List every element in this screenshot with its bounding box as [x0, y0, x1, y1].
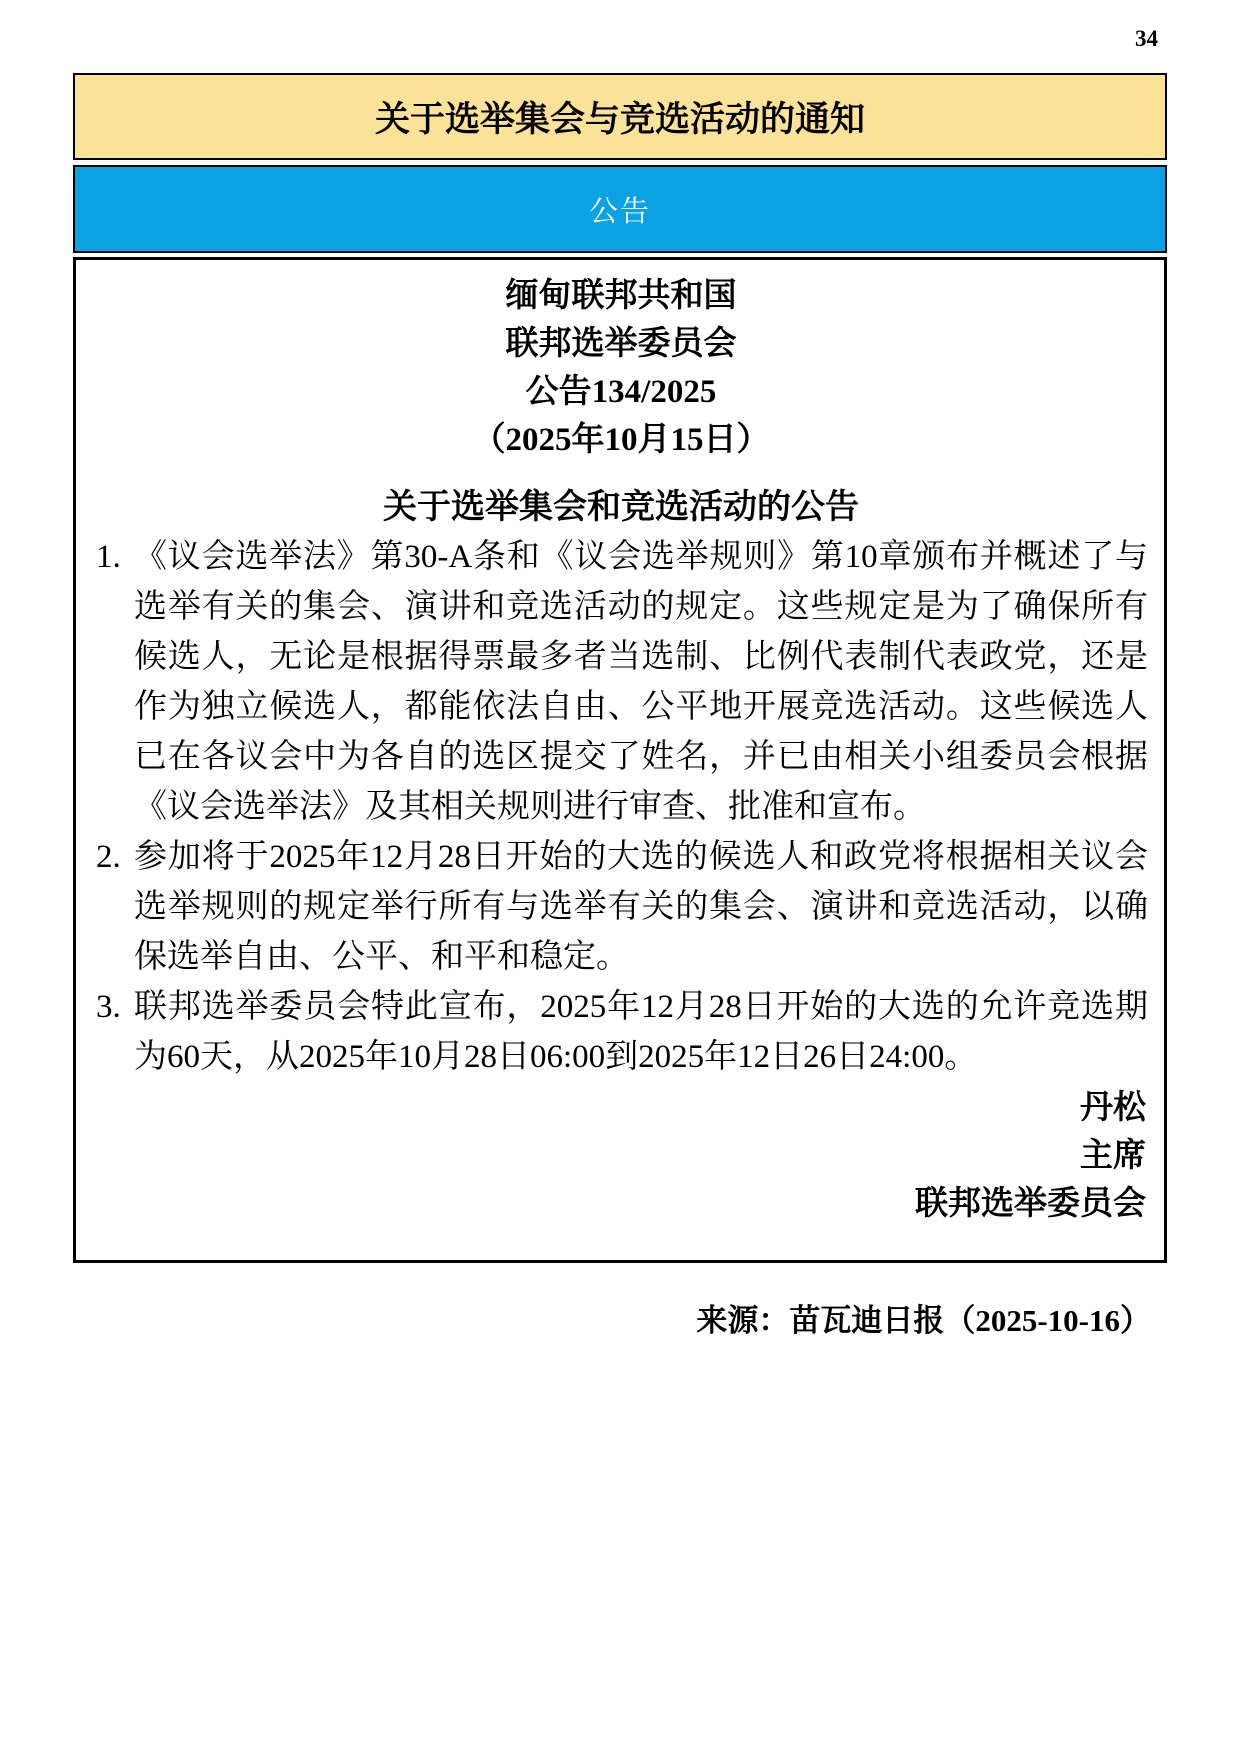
page-number: 34: [1135, 26, 1158, 52]
signer-organization: 联邦选举委员会: [94, 1180, 1148, 1228]
category-banner-text: 公告: [589, 189, 651, 230]
notice-country-line: 缅甸联邦共和国: [94, 272, 1148, 320]
item-2-number: 2.: [94, 832, 134, 882]
item-1-text: 《议会选举法》第30-A条和《议会选举规则》第10章颁布并概述了与选举有关的集会…: [134, 532, 1148, 832]
item-2-text: 参加将于2025年12月28日开始的大选的候选人和政党将根据相关议会选举规则的规…: [134, 832, 1148, 982]
notice-body: 缅甸联邦共和国 联邦选举委员会 公告134/2025 （2025年10月15日）…: [73, 257, 1167, 1263]
notice-subject: 关于选举集会和竞选活动的公告: [94, 484, 1148, 532]
item-3-number: 3.: [94, 982, 134, 1032]
notice-commission-line: 联邦选举委员会: [94, 320, 1148, 368]
source-line: 来源：苗瓦迪日报（2025-10-16）: [73, 1301, 1167, 1341]
notice-item-2: 2. 参加将于2025年12月28日开始的大选的候选人和政党将根据相关议会选举规…: [94, 832, 1148, 982]
notice-date-line: （2025年10月15日）: [94, 416, 1148, 464]
signer-title: 主席: [94, 1132, 1148, 1180]
category-banner: 公告: [73, 165, 1167, 253]
title-banner-text: 关于选举集会与竞选活动的通知: [375, 92, 865, 142]
signer-name: 丹松: [94, 1084, 1148, 1132]
document-page: 34 关于选举集会与竞选活动的通知 公告 缅甸联邦共和国 联邦选举委员会 公告1…: [0, 0, 1240, 1755]
item-3-text: 联邦选举委员会特此宣布，2025年12月28日开始的大选的允许竞选期为60天，从…: [134, 982, 1148, 1082]
notice-item-3: 3. 联邦选举委员会特此宣布，2025年12月28日开始的大选的允许竞选期为60…: [94, 982, 1148, 1082]
notice-number-line: 公告134/2025: [94, 368, 1148, 416]
title-banner: 关于选举集会与竞选活动的通知: [73, 73, 1167, 160]
notice-item-1: 1. 《议会选举法》第30-A条和《议会选举规则》第10章颁布并概述了与选举有关…: [94, 532, 1148, 832]
item-1-number: 1.: [94, 532, 134, 582]
signature-block: 丹松 主席 联邦选举委员会: [94, 1084, 1148, 1228]
